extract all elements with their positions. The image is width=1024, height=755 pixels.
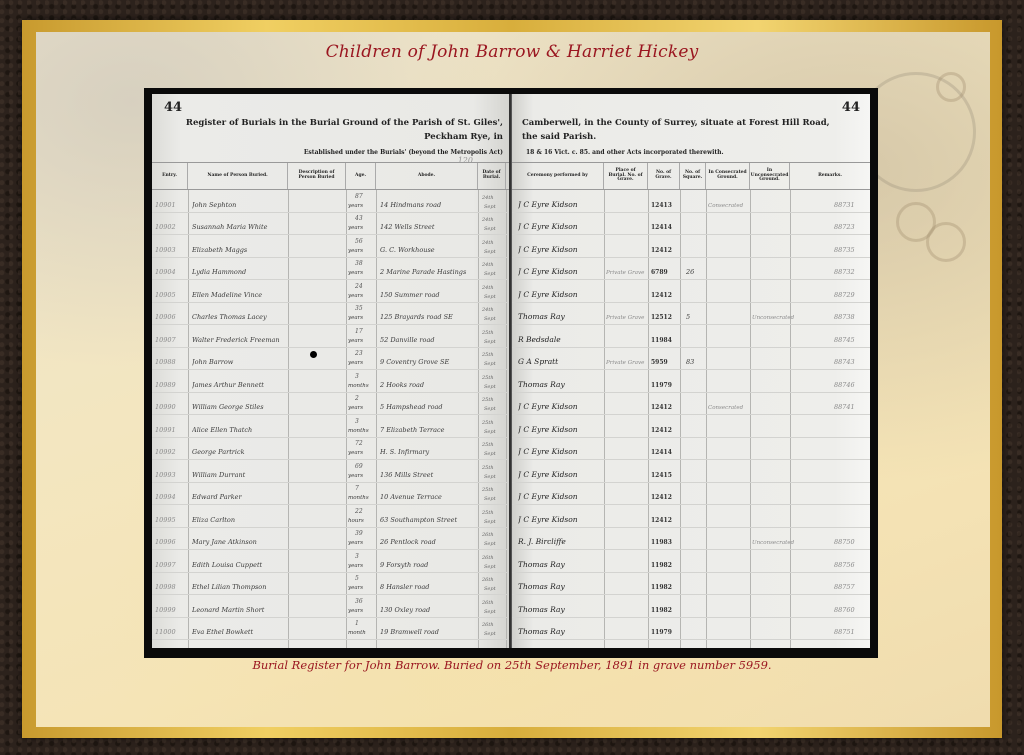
entry-number: 11000 bbox=[155, 628, 176, 636]
burial-month: Sept bbox=[484, 541, 496, 547]
column-header-abode: Abode. bbox=[376, 163, 478, 189]
abode: 52 Danville road bbox=[380, 336, 476, 344]
age-value: 23 bbox=[355, 350, 363, 357]
register-row: Thomas Ray1197988751 bbox=[512, 618, 870, 641]
burial-month: Sept bbox=[484, 519, 496, 525]
column-header-age: Age. bbox=[346, 163, 376, 189]
age-unit: years bbox=[348, 540, 363, 546]
age-unit: years bbox=[348, 293, 363, 299]
remark: 88729 bbox=[834, 291, 855, 299]
ceremony-performed-by: J C Eyre Kidson bbox=[518, 245, 602, 254]
age-value: 3 bbox=[355, 418, 359, 425]
age-value: 24 bbox=[355, 283, 363, 290]
grave-number: 11982 bbox=[651, 562, 672, 569]
left-entries: 10901John Sephton87years14 Hindmans road… bbox=[152, 190, 509, 640]
grave-number: 12414 bbox=[651, 224, 672, 231]
entry-number: 10989 bbox=[155, 381, 176, 389]
abode: 142 Wells Street bbox=[380, 223, 476, 231]
age-value: 5 bbox=[355, 575, 359, 582]
person-name: Leonard Martin Short bbox=[192, 606, 286, 614]
ceremony-performed-by: J C Eyre Kidson bbox=[518, 402, 602, 411]
register-established: 18 & 16 Vict. c. 85. and other Acts inco… bbox=[526, 149, 724, 156]
age-value: 35 bbox=[355, 305, 363, 312]
ceremony-performed-by: R. J. Bircliffe bbox=[518, 537, 602, 546]
register-row: 10905Ellen Madeline Vince24years150 Summ… bbox=[152, 280, 509, 303]
person-name: Elizabeth Maggs bbox=[192, 246, 286, 254]
ceremony-performed-by: J C Eyre Kidson bbox=[518, 200, 602, 209]
register-row: 10998Ethel Lilian Thompson5years8 Hansle… bbox=[152, 573, 509, 596]
register-row: J C Eyre Kidson12412 bbox=[512, 415, 870, 438]
abode: 14 Hindmans road bbox=[380, 201, 476, 209]
age-unit: years bbox=[348, 225, 363, 231]
age-unit: months bbox=[348, 428, 369, 434]
register-row: J C Eyre Kidson12414 bbox=[512, 438, 870, 461]
entry-number: 10904 bbox=[155, 268, 176, 276]
age-value: 69 bbox=[355, 463, 363, 470]
abode: 150 Summer road bbox=[380, 291, 476, 299]
entry-number: 10993 bbox=[155, 471, 176, 479]
burial-day: 24th bbox=[482, 240, 494, 246]
age-unit: years bbox=[348, 608, 363, 614]
register-row: 10999Leonard Martin Short36years130 Oxle… bbox=[152, 595, 509, 618]
register-row: 10996Mary Jane Atkinson39years26 Pentloc… bbox=[152, 528, 509, 551]
remark: 88735 bbox=[834, 246, 855, 254]
register-left-page: 44 Register of Burials in the Burial Gro… bbox=[152, 94, 511, 648]
register-row: J C Eyre Kidson1241488723 bbox=[512, 213, 870, 236]
register-established: Established under the Burials' (beyond t… bbox=[304, 149, 503, 156]
column-header-consecrated: In Consecrated Ground. bbox=[706, 163, 750, 189]
grave-number: 11983 bbox=[651, 539, 672, 546]
grave-number: 11982 bbox=[651, 584, 672, 591]
burial-month: Sept bbox=[484, 429, 496, 435]
ceremony-performed-by: J C Eyre Kidson bbox=[518, 290, 602, 299]
register-row: 10991Alice Ellen Thatch3months7 Elizabet… bbox=[152, 415, 509, 438]
register-row: 10994Edward Parker7months10 Avenue Terra… bbox=[152, 483, 509, 506]
person-name: Susannah Maria White bbox=[192, 223, 286, 231]
register-row: Thomas RayPrivate Grave125125Unconsecrat… bbox=[512, 303, 870, 326]
person-name: Eva Ethel Bowkett bbox=[192, 628, 286, 636]
register-row: 10989James Arthur Bennett3months2 Hooks … bbox=[152, 370, 509, 393]
age-unit: years bbox=[348, 315, 363, 321]
person-name: Eliza Carlton bbox=[192, 516, 286, 524]
column-header-unconsecrated: In Unconsecrated Ground. bbox=[750, 163, 790, 189]
register-row: 10990William George Stiles2years5 Hampsh… bbox=[152, 393, 509, 416]
burial-day: 24th bbox=[482, 262, 494, 268]
remark: 88731 bbox=[834, 201, 855, 209]
grave-number: 12415 bbox=[651, 472, 672, 479]
register-row: 10902Susannah Maria White43years142 Well… bbox=[152, 213, 509, 236]
grave-number: 12414 bbox=[651, 449, 672, 456]
age-unit: months bbox=[348, 495, 369, 501]
remark: 88757 bbox=[834, 583, 855, 591]
column-header-row: Ceremony performed by Place of Burial. N… bbox=[512, 162, 870, 190]
abode: 130 Oxley road bbox=[380, 606, 476, 614]
abode: 63 Southampton Street bbox=[380, 516, 476, 524]
ceremony-performed-by: Thomas Ray bbox=[518, 605, 602, 614]
entry-number: 10907 bbox=[155, 336, 176, 344]
burial-month: Sept bbox=[484, 249, 496, 255]
abode: 26 Pentlock road bbox=[380, 538, 476, 546]
burial-month: Sept bbox=[484, 226, 496, 232]
entry-number: 10991 bbox=[155, 426, 176, 434]
ceremony-performed-by: J C Eyre Kidson bbox=[518, 470, 602, 479]
age-unit: years bbox=[348, 473, 363, 479]
burial-day: 24th bbox=[482, 195, 494, 201]
age-value: 56 bbox=[355, 238, 363, 245]
age-value: 2 bbox=[355, 395, 359, 402]
burial-month: Sept bbox=[484, 564, 496, 570]
register-heading: Register of Burials in the Burial Ground… bbox=[186, 118, 503, 128]
remark: 88750 bbox=[834, 538, 855, 546]
age-value: 36 bbox=[355, 598, 363, 605]
grave-number: 11979 bbox=[651, 382, 672, 389]
age-unit: hours bbox=[348, 518, 364, 524]
grave-number: 12412 bbox=[651, 292, 672, 299]
grave-number: 11982 bbox=[651, 607, 672, 614]
age-value: 1 bbox=[355, 620, 359, 627]
age-value: 22 bbox=[355, 508, 363, 515]
age-unit: years bbox=[348, 203, 363, 209]
burial-month: Sept bbox=[484, 384, 496, 390]
burial-day: 25th bbox=[482, 510, 494, 516]
remark: 88760 bbox=[834, 606, 855, 614]
grave-number: 5959 bbox=[651, 359, 668, 366]
entry-number: 10997 bbox=[155, 561, 176, 569]
burial-month: Sept bbox=[484, 631, 496, 637]
age-value: 87 bbox=[355, 193, 363, 200]
square-number: 26 bbox=[686, 268, 694, 276]
ceremony-performed-by: J C Eyre Kidson bbox=[518, 267, 602, 276]
grave-number: 12412 bbox=[651, 404, 672, 411]
ceremony-performed-by: J C Eyre Kidson bbox=[518, 222, 602, 231]
register-row: J C Eyre KidsonPrivate Grave67892688732 bbox=[512, 258, 870, 281]
abode: 136 Mills Street bbox=[380, 471, 476, 479]
person-name: William Durrant bbox=[192, 471, 286, 479]
burial-day: 26th bbox=[482, 577, 494, 583]
abode: 2 Hooks road bbox=[380, 381, 476, 389]
burial-day: 25th bbox=[482, 397, 494, 403]
burial-month: Sept bbox=[484, 361, 496, 367]
remark: 88741 bbox=[834, 403, 855, 411]
page-number: 44 bbox=[164, 100, 182, 115]
remark: 88751 bbox=[834, 628, 855, 636]
entry-number: 10988 bbox=[155, 358, 176, 366]
burial-day: 24th bbox=[482, 217, 494, 223]
remark: 88746 bbox=[834, 381, 855, 389]
register-row: J C Eyre Kidson12412Consecrated88741 bbox=[512, 393, 870, 416]
column-header-ceremony: Ceremony performed by bbox=[512, 163, 604, 189]
page-number: 44 bbox=[842, 100, 860, 115]
grave-number: 12412 bbox=[651, 427, 672, 434]
grave-number: 12412 bbox=[651, 494, 672, 501]
person-name: Edith Louisa Cuppett bbox=[192, 561, 286, 569]
abode: 2 Marine Parade Hastings bbox=[380, 268, 476, 276]
remark: 88738 bbox=[834, 313, 855, 321]
register-row: 10907Walter Frederick Freeman17years52 D… bbox=[152, 325, 509, 348]
burial-day: 25th bbox=[482, 487, 494, 493]
age-unit: month bbox=[348, 630, 366, 636]
grave-number: 12412 bbox=[651, 247, 672, 254]
register-photo: 44 Register of Burials in the Burial Gro… bbox=[144, 88, 878, 658]
grave-number: 12413 bbox=[651, 202, 672, 209]
abode: 10 Avenue Terrace bbox=[380, 493, 476, 501]
remark: 88732 bbox=[834, 268, 855, 276]
age-unit: years bbox=[348, 270, 363, 276]
burial-day: 24th bbox=[482, 307, 494, 313]
burial-month: Sept bbox=[484, 204, 496, 210]
age-value: 7 bbox=[355, 485, 359, 492]
register-book: 44 Register of Burials in the Burial Gro… bbox=[152, 94, 870, 648]
ceremony-performed-by: Thomas Ray bbox=[518, 380, 602, 389]
entry-number: 10903 bbox=[155, 246, 176, 254]
age-unit: years bbox=[348, 360, 363, 366]
register-row: 10997Edith Louisa Cuppett3years9 Forsyth… bbox=[152, 550, 509, 573]
remark: 88743 bbox=[834, 358, 855, 366]
entry-number: 10994 bbox=[155, 493, 176, 501]
place-of-burial: Private Grave bbox=[606, 315, 646, 321]
age-value: 3 bbox=[355, 553, 359, 560]
abode: 8 Hansler road bbox=[380, 583, 476, 591]
burial-month: Sept bbox=[484, 294, 496, 300]
register-row: G A SprattPrivate Grave59598388743 bbox=[512, 348, 870, 371]
person-name: Lydia Hammond bbox=[192, 268, 286, 276]
register-heading-2: the said Parish. bbox=[522, 132, 596, 142]
burial-month: Sept bbox=[484, 271, 496, 277]
column-header-remarks: Remarks. bbox=[790, 163, 870, 189]
burial-month: Sept bbox=[484, 316, 496, 322]
entry-number: 10990 bbox=[155, 403, 176, 411]
person-name: Ellen Madeline Vince bbox=[192, 291, 286, 299]
entry-number: 10995 bbox=[155, 516, 176, 524]
register-row: J C Eyre Kidson1241288729 bbox=[512, 280, 870, 303]
register-row: 10992George Partrick72yearsH. S. Infirma… bbox=[152, 438, 509, 461]
place-of-burial: Private Grave bbox=[606, 360, 646, 366]
column-header-place: Place of Burial. No. of Grave. bbox=[604, 163, 648, 189]
burial-day: 24th bbox=[482, 285, 494, 291]
burial-day: 26th bbox=[482, 622, 494, 628]
register-heading: Camberwell, in the County of Surrey, sit… bbox=[522, 118, 830, 128]
grave-number: 11979 bbox=[651, 629, 672, 636]
age-value: 17 bbox=[355, 328, 363, 335]
column-header-square: No. of Square. bbox=[680, 163, 706, 189]
burial-month: Sept bbox=[484, 451, 496, 457]
register-row: 11000Eva Ethel Bowkett1month19 Bramwell … bbox=[152, 618, 509, 641]
person-name: Ethel Lilian Thompson bbox=[192, 583, 286, 591]
burial-month: Sept bbox=[484, 609, 496, 615]
burial-day: 26th bbox=[482, 555, 494, 561]
register-right-page: 44 Camberwell, in the County of Surrey, … bbox=[511, 94, 870, 648]
entry-number: 10905 bbox=[155, 291, 176, 299]
page-title: Children of John Barrow & Harriet Hickey bbox=[0, 42, 1024, 62]
abode: 19 Bramwell road bbox=[380, 628, 476, 636]
ceremony-performed-by: J C Eyre Kidson bbox=[518, 425, 602, 434]
ceremony-performed-by: Thomas Ray bbox=[518, 560, 602, 569]
person-name: John Barrow bbox=[192, 358, 286, 366]
entry-number: 10901 bbox=[155, 201, 176, 209]
register-row: 10993William Durrant69years136 Mills Str… bbox=[152, 460, 509, 483]
register-row: 10901John Sephton87years14 Hindmans road… bbox=[152, 190, 509, 213]
ceremony-performed-by: J C Eyre Kidson bbox=[518, 492, 602, 501]
right-entries: J C Eyre Kidson12413Consecrated88731J C … bbox=[512, 190, 870, 640]
decorative-swirl bbox=[926, 222, 966, 262]
burial-day: 25th bbox=[482, 420, 494, 426]
ceremony-performed-by: Thomas Ray bbox=[518, 582, 602, 591]
abode: G. C. Workhouse bbox=[380, 246, 476, 254]
column-header-entry: Entry. bbox=[152, 163, 188, 189]
remark: 88745 bbox=[834, 336, 855, 344]
register-row: 10988John Barrow23years9 Coventry Grove … bbox=[152, 348, 509, 371]
burial-day: 25th bbox=[482, 330, 494, 336]
person-name: William George Stiles bbox=[192, 403, 286, 411]
decorative-swirl bbox=[936, 72, 966, 102]
abode: 9 Forsyth road bbox=[380, 561, 476, 569]
burial-day: 25th bbox=[482, 375, 494, 381]
register-row: 10903Elizabeth Maggs56yearsG. C. Workhou… bbox=[152, 235, 509, 258]
column-header-date: Date of Burial. bbox=[478, 163, 506, 189]
place-of-burial: Private Grave bbox=[606, 270, 646, 276]
register-row: 10995Eliza Carlton22hours63 Southampton … bbox=[152, 505, 509, 528]
age-value: 72 bbox=[355, 440, 363, 447]
burial-month: Sept bbox=[484, 496, 496, 502]
photo-caption: Burial Register for John Barrow. Buried … bbox=[0, 658, 1024, 672]
register-row: Thomas Ray1197988746 bbox=[512, 370, 870, 393]
burial-day: 25th bbox=[482, 465, 494, 471]
square-number: 83 bbox=[686, 358, 694, 366]
abode: 7 Elizabeth Terrace bbox=[380, 426, 476, 434]
grave-number: 12512 bbox=[651, 314, 672, 321]
register-row: R. J. Bircliffe11983Unconsecrated88750 bbox=[512, 528, 870, 551]
square-number: 5 bbox=[686, 313, 690, 321]
age-unit: months bbox=[348, 383, 369, 389]
person-name: Alice Ellen Thatch bbox=[192, 426, 286, 434]
register-row: R Bedsdale1198488745 bbox=[512, 325, 870, 348]
burial-month: Sept bbox=[484, 339, 496, 345]
age-value: 3 bbox=[355, 373, 359, 380]
register-row: 10906Charles Thomas Lacey35years125 Bray… bbox=[152, 303, 509, 326]
register-row: J C Eyre Kidson12413Consecrated88731 bbox=[512, 190, 870, 213]
entry-number: 10999 bbox=[155, 606, 176, 614]
person-name: Walter Frederick Freeman bbox=[192, 336, 286, 344]
burial-day: 25th bbox=[482, 442, 494, 448]
column-header-description: Description of Person Buried bbox=[288, 163, 346, 189]
register-row: 10904Lydia Hammond38years2 Marine Parade… bbox=[152, 258, 509, 281]
age-unit: years bbox=[348, 248, 363, 254]
unconsecrated: Unconsecrated bbox=[752, 315, 796, 321]
unconsecrated: Unconsecrated bbox=[752, 540, 796, 546]
abode: H. S. Infirmary bbox=[380, 448, 476, 456]
abode: 125 Brayards road SE bbox=[380, 313, 476, 321]
register-row: Thomas Ray1198288756 bbox=[512, 550, 870, 573]
burial-month: Sept bbox=[484, 586, 496, 592]
register-row: J C Eyre Kidson12415 bbox=[512, 460, 870, 483]
ceremony-performed-by: J C Eyre Kidson bbox=[518, 447, 602, 456]
burial-day: 26th bbox=[482, 532, 494, 538]
burial-month: Sept bbox=[484, 474, 496, 480]
age-value: 43 bbox=[355, 215, 363, 222]
register-row: Thomas Ray1198288760 bbox=[512, 595, 870, 618]
ceremony-performed-by: Thomas Ray bbox=[518, 627, 602, 636]
consecrated: Consecrated bbox=[708, 203, 748, 209]
grave-number: 12412 bbox=[651, 517, 672, 524]
burial-day: 26th bbox=[482, 600, 494, 606]
burial-day: 25th bbox=[482, 352, 494, 358]
ceremony-performed-by: Thomas Ray bbox=[518, 312, 602, 321]
consecrated: Consecrated bbox=[708, 405, 748, 411]
register-heading-2: Peckham Rye, in bbox=[424, 132, 503, 142]
grave-number: 6789 bbox=[651, 269, 668, 276]
person-name: John Sephton bbox=[192, 201, 286, 209]
column-header-row: Entry. Name of Person Buried. Descriptio… bbox=[152, 162, 509, 190]
age-value: 38 bbox=[355, 260, 363, 267]
abode: 5 Hampshead road bbox=[380, 403, 476, 411]
remark: 88723 bbox=[834, 223, 855, 231]
person-name: George Partrick bbox=[192, 448, 286, 456]
entry-number: 10906 bbox=[155, 313, 176, 321]
column-header-name: Name of Person Buried. bbox=[188, 163, 288, 189]
age-unit: years bbox=[348, 338, 363, 344]
ceremony-performed-by: J C Eyre Kidson bbox=[518, 515, 602, 524]
age-unit: years bbox=[348, 563, 363, 569]
age-unit: years bbox=[348, 585, 363, 591]
ceremony-performed-by: G A Spratt bbox=[518, 357, 602, 366]
register-row: Thomas Ray1198288757 bbox=[512, 573, 870, 596]
age-value: 39 bbox=[355, 530, 363, 537]
age-unit: years bbox=[348, 405, 363, 411]
remark: 88756 bbox=[834, 561, 855, 569]
entry-number: 10996 bbox=[155, 538, 176, 546]
entry-number: 10902 bbox=[155, 223, 176, 231]
burial-month: Sept bbox=[484, 406, 496, 412]
abode: 9 Coventry Grove SE bbox=[380, 358, 476, 366]
grave-number: 11984 bbox=[651, 337, 672, 344]
register-row: J C Eyre Kidson12412 bbox=[512, 483, 870, 506]
person-name: Mary Jane Atkinson bbox=[192, 538, 286, 546]
entry-number: 10998 bbox=[155, 583, 176, 591]
person-name: James Arthur Bennett bbox=[192, 381, 286, 389]
marker-dot bbox=[310, 351, 317, 358]
age-unit: years bbox=[348, 450, 363, 456]
person-name: Charles Thomas Lacey bbox=[192, 313, 286, 321]
register-row: J C Eyre Kidson12412 bbox=[512, 505, 870, 528]
column-header-grave: No. of Grave. bbox=[648, 163, 680, 189]
entry-number: 10992 bbox=[155, 448, 176, 456]
person-name: Edward Parker bbox=[192, 493, 286, 501]
register-row: J C Eyre Kidson1241288735 bbox=[512, 235, 870, 258]
ceremony-performed-by: R Bedsdale bbox=[518, 335, 602, 344]
